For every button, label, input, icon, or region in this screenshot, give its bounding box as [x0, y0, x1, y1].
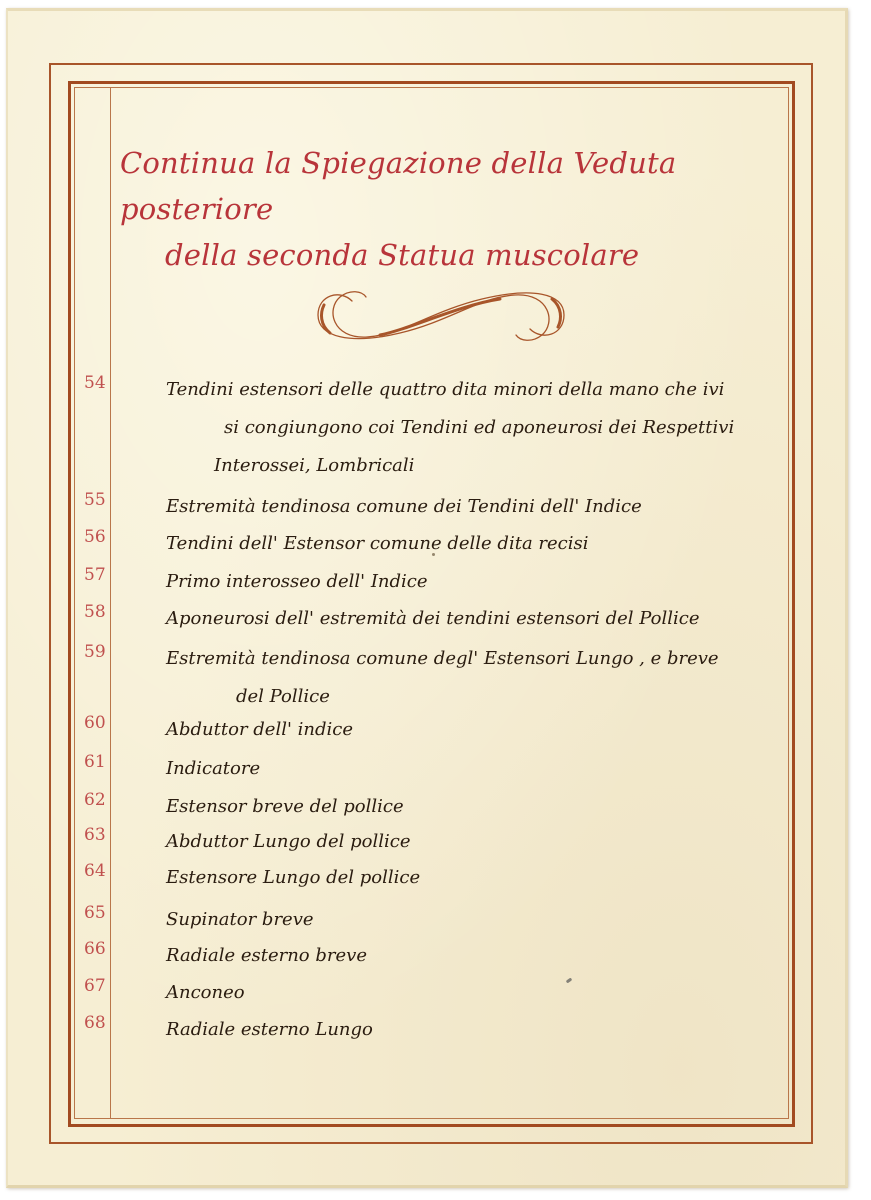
entry-text: Radiale esterno breve — [166, 937, 367, 975]
entry-text: Abduttor dell' indice — [166, 711, 353, 749]
entry-text: Estensor breve del pollice — [166, 788, 404, 826]
entry-number: 68 — [84, 1013, 112, 1033]
entry-number: 57 — [84, 565, 112, 585]
entry-number: 62 — [84, 790, 112, 810]
entry-number: 56 — [84, 527, 112, 547]
entry-text: Estensore Lungo del pollice — [166, 859, 420, 897]
entry-number: 58 — [84, 602, 112, 622]
entry-text: Radiale esterno Lungo — [166, 1011, 373, 1049]
entry-number: 65 — [84, 903, 112, 923]
entry-text: Anconeo — [166, 974, 245, 1012]
entry-text: Estremità tendinosa comune degl' Estenso… — [166, 640, 719, 716]
entry-number: 60 — [84, 713, 112, 733]
entry-text: Tendini estensori delle quattro dita min… — [166, 371, 734, 485]
entry-number: 54 — [84, 373, 112, 393]
page-title: Continua la Spiegazione della Veduta pos… — [118, 140, 778, 278]
entry-number: 59 — [84, 642, 112, 662]
entry-text: Abduttor Lungo del pollice — [166, 823, 411, 861]
entry-text: Aponeurosi dell' estremità dei tendini e… — [166, 600, 700, 638]
entry-number: 55 — [84, 490, 112, 510]
entry-number: 63 — [84, 825, 112, 845]
entry-number: 67 — [84, 976, 112, 996]
calligraphic-flourish-icon — [310, 283, 572, 349]
entry-number: 66 — [84, 939, 112, 959]
title-line-2: della seconda Statua muscolare — [118, 232, 778, 278]
entry-text: Tendini dell' Estensor comune delle dita… — [166, 525, 588, 563]
entry-number: 61 — [84, 752, 112, 772]
entry-text: Estremità tendinosa comune dei Tendini d… — [166, 488, 642, 526]
title-line-1: Continua la Spiegazione della Veduta pos… — [118, 140, 778, 232]
paper-blemish — [432, 553, 435, 556]
entry-text: Indicatore — [166, 750, 260, 788]
entry-text: Primo interosseo dell' Indice — [166, 563, 428, 601]
entry-text: Supinator breve — [166, 901, 314, 939]
entry-number: 64 — [84, 861, 112, 881]
